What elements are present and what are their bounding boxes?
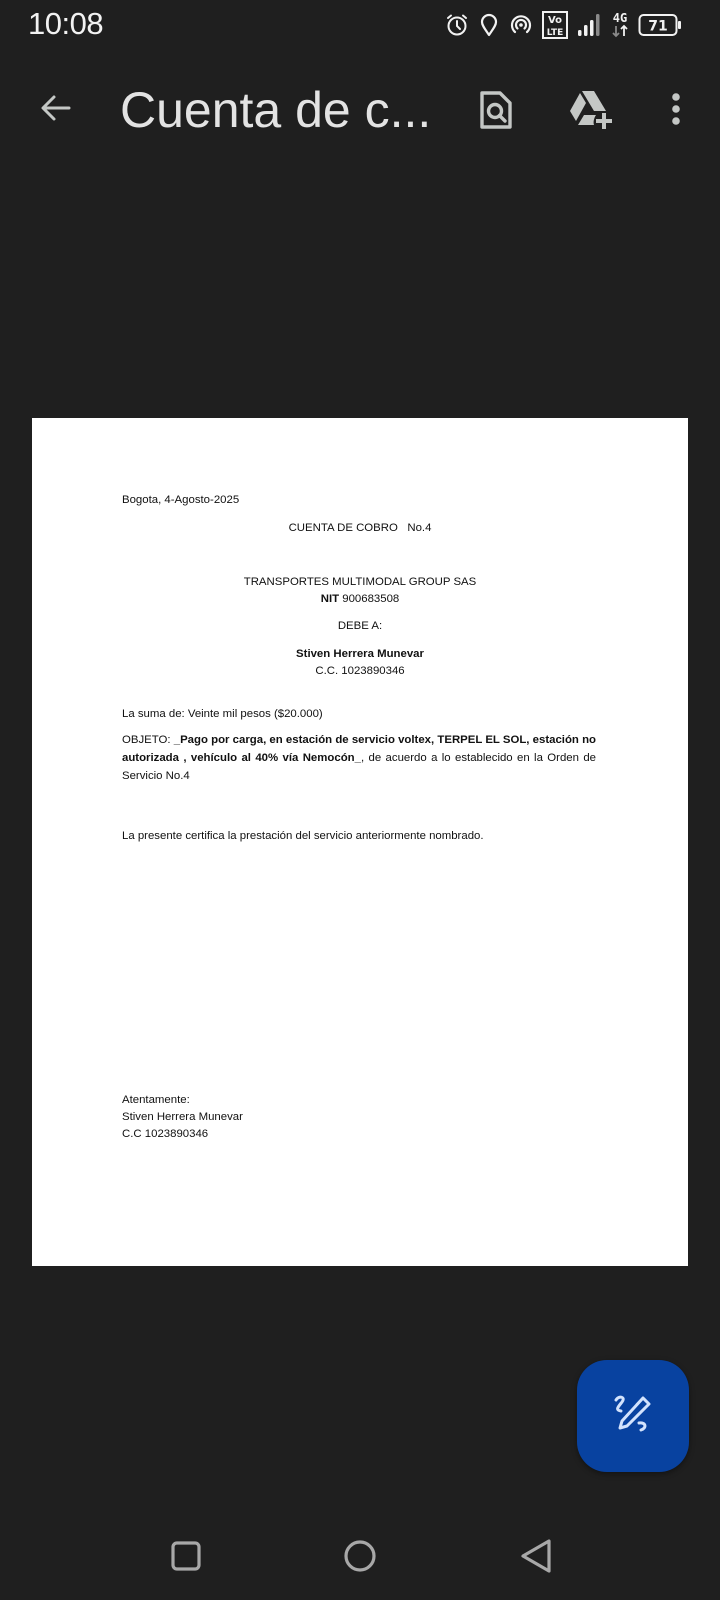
status-time: 10:08 [28, 6, 103, 42]
company-nit: NIT 900683508 [32, 591, 688, 608]
hotspot-icon [508, 12, 534, 38]
recents-button[interactable] [158, 1530, 214, 1586]
navigation-bar [0, 1500, 720, 1600]
svg-text:71: 71 [648, 19, 667, 35]
object-paragraph: OBJETO: _Pago por carga, en estación de … [122, 731, 596, 785]
place-date: Bogota, 4-Agosto-2025 [122, 492, 239, 509]
object-label: OBJETO: [122, 734, 174, 746]
certification-text: La presente certifica la prestación del … [122, 828, 484, 845]
alarm-icon [444, 12, 470, 38]
svg-text:LTE: LTE [547, 28, 564, 38]
svg-text:4G: 4G [613, 11, 627, 25]
triangle-back-icon [519, 1538, 553, 1578]
more-vertical-icon [669, 92, 683, 132]
signal-icon [576, 12, 602, 38]
4g-data-icon: 4G [610, 10, 630, 40]
find-in-document-button[interactable] [468, 84, 524, 140]
payee-id: C.C. 1023890346 [32, 663, 688, 680]
home-button[interactable] [332, 1530, 388, 1586]
company-name: TRANSPORTES MULTIMODAL GROUP SAS [32, 574, 688, 591]
back-button[interactable] [30, 84, 82, 136]
signer-name: Stiven Herrera Munevar [122, 1109, 243, 1126]
annotate-fab[interactable] [577, 1360, 689, 1472]
document-viewer[interactable]: Bogota, 4-Agosto-2025 CUENTA DE COBRO No… [0, 170, 720, 1500]
owes-to: DEBE A: [32, 618, 688, 635]
signer-id: C.C 1023890346 [122, 1126, 208, 1143]
svg-text:Vo: Vo [548, 15, 562, 26]
arrow-left-icon [38, 90, 74, 130]
location-icon [478, 12, 500, 38]
status-icons: Vo LTE 4G 71 [444, 9, 682, 41]
closing: Atentamente: [122, 1092, 190, 1109]
document-heading: CUENTA DE COBRO No.4 [32, 520, 688, 537]
amount: La suma de: Veinte mil pesos ($20.000) [122, 706, 323, 723]
system-back-button[interactable] [508, 1530, 564, 1586]
battery-icon: 71 [638, 13, 682, 37]
circle-icon [342, 1538, 378, 1578]
drive-add-icon [566, 89, 614, 135]
more-options-button[interactable] [648, 84, 704, 140]
app-bar: Cuenta de c... [0, 62, 720, 162]
document-page[interactable]: Bogota, 4-Agosto-2025 CUENTA DE COBRO No… [32, 418, 688, 1266]
payee-name: Stiven Herrera Munevar [32, 646, 688, 663]
square-icon [170, 1540, 202, 1576]
nit-label: NIT [321, 593, 339, 605]
volte-icon: Vo LTE [542, 11, 568, 39]
status-bar: 10:08 Vo LTE [0, 0, 720, 50]
save-to-drive-button[interactable] [562, 84, 618, 140]
file-search-icon [478, 89, 514, 135]
nit-value: 900683508 [339, 593, 399, 605]
document-title: Cuenta de c... [120, 78, 440, 142]
draw-annotate-icon [611, 1392, 655, 1440]
